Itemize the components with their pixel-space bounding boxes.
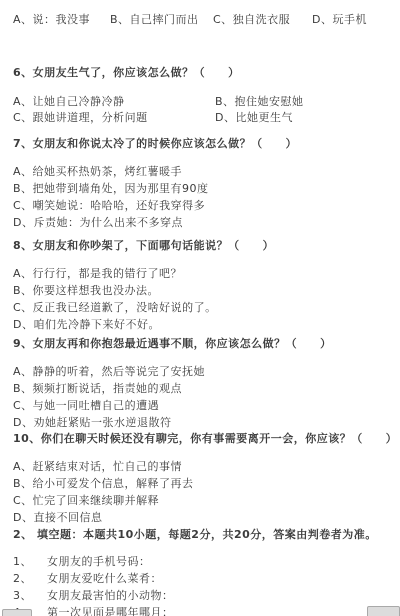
fill-item-2: 2、女朋友爱吃什么菜肴： (13, 570, 174, 587)
question-7-option-b: B、把她带到墙角处，因为那里有90度 (13, 180, 297, 197)
question-10-option-b: B、给小可爱发个信息，解释了再去 (13, 475, 397, 492)
question-9-options: A、静静的听着，然后等说完了安抚她 B、频频打断说话，指责她的观点 C、与她一同… (13, 363, 332, 431)
fill-section-items: 1、女朋友的手机号码： 2、女朋友爱吃什么菜肴： 3、女朋友最害怕的小动物： 4… (13, 553, 174, 616)
question-7-title: 7、女朋友和你说太冷了的时候你应该怎么做？（ ） (13, 135, 297, 151)
fill-item-4: 4、第一次见面是哪年哪月： (13, 604, 174, 616)
question-10-option-c: C、忙完了回来继续聊并解释 (13, 492, 397, 509)
question-6-option-a: A、让她自己冷静冷静 (13, 93, 215, 109)
question-9: 9、女朋友再和你抱怨最近遇事不顺，你应该怎么做？（ ） A、静静的听着，然后等说… (13, 335, 332, 431)
question-9-title: 9、女朋友再和你抱怨最近遇事不顺，你应该怎么做？（ ） (13, 335, 332, 351)
fill-item-3-text: 女朋友最害怕的小动物： (47, 589, 174, 602)
orphan-options-row: A、说：我没事 B、自己摔门而出 C、独自洗衣服 D、玩手机 (13, 11, 393, 27)
question-8: 8、女朋友和你吵架了，下面哪句话能说？（ ） A、行行行，都是我的错行了吧？ B… (13, 237, 274, 333)
question-9-option-c: C、与她一同吐槽自己的遭遇 (13, 397, 332, 414)
question-10: 10、你们在聊天时候还没有聊完，你有事需要离开一会，你应该？（ ） A、赶紧结束… (13, 430, 397, 526)
question-6-option-d: D、比她更生气 (215, 109, 304, 125)
fill-item-2-text: 女朋友爱吃什么菜肴： (47, 572, 162, 585)
question-7-option-c: C、嘲笑她说：哈哈哈，还好我穿得多 (13, 197, 297, 214)
question-7-options: A、给她买杯热奶茶，烤红薯暖手 B、把她带到墙角处，因为那里有90度 C、嘲笑她… (13, 163, 297, 231)
question-8-option-b: B、你要这样想我也没办法。 (13, 282, 274, 299)
question-6-title: 6、女朋友生气了，你应该怎么做？（ ） (13, 64, 304, 80)
fill-item-1: 1、女朋友的手机号码： (13, 553, 174, 570)
question-6-option-b: B、抱住她安慰她 (215, 93, 304, 109)
fill-item-3-number: 3、 (13, 587, 47, 604)
question-9-option-a: A、静静的听着，然后等说完了安抚她 (13, 363, 332, 380)
fill-section-header: 2、 填空题：本题共10小题，每题2分，共20分，答案由判卷者为准。 (13, 526, 377, 542)
question-7-option-a: A、给她买杯热奶茶，烤红薯暖手 (13, 163, 297, 180)
question-7: 7、女朋友和你说太冷了的时候你应该怎么做？（ ） A、给她买杯热奶茶，烤红薯暖手… (13, 135, 297, 231)
fill-item-3: 3、女朋友最害怕的小动物： (13, 587, 174, 604)
question-8-title: 8、女朋友和你吵架了，下面哪句话能说？（ ） (13, 237, 274, 253)
question-6: 6、女朋友生气了，你应该怎么做？（ ） A、让她自己冷静冷静 B、抱住她安慰她 … (13, 64, 304, 125)
question-8-option-c: C、反正我已经道歉了，没啥好说的了。 (13, 299, 274, 316)
question-8-options: A、行行行，都是我的错行了吧？ B、你要这样想我也没办法。 C、反正我已经道歉了… (13, 265, 274, 333)
question-8-option-a: A、行行行，都是我的错行了吧？ (13, 265, 274, 282)
question-6-options: A、让她自己冷静冷静 B、抱住她安慰她 C、跟她讲道理，分析问题 D、比她更生气 (13, 93, 304, 125)
question-8-option-d: D、咱们先冷静下来好不好。 (13, 316, 274, 333)
question-9-option-d: D、劝她赶紧贴一张水逆退散符 (13, 414, 332, 431)
question-10-option-d: D、直接不回信息 (13, 509, 397, 526)
question-10-option-a: A、赶紧结束对话，忙自己的事情 (13, 458, 397, 475)
orphan-option-b: B、自己摔门而出 (110, 11, 213, 27)
orphan-option-c: C、独自洗衣服 (213, 11, 312, 27)
quiz-document-page: A、说：我没事 B、自己摔门而出 C、独自洗衣服 D、玩手机 6、女朋友生气了，… (0, 0, 400, 616)
fill-item-4-text: 第一次见面是哪年哪月： (47, 606, 174, 616)
fill-item-2-number: 2、 (13, 570, 47, 587)
question-9-option-b: B、频频打断说话，指责她的观点 (13, 380, 332, 397)
orphan-option-d: D、玩手机 (312, 11, 367, 27)
fill-item-1-number: 1、 (13, 553, 47, 570)
question-7-option-d: D、斥责她：为什么出来不多穿点 (13, 214, 297, 231)
orphan-option-a: A、说：我没事 (13, 11, 110, 27)
question-6-option-c: C、跟她讲道理，分析问题 (13, 109, 215, 125)
resize-handle-left[interactable] (2, 609, 32, 616)
question-10-options: A、赶紧结束对话，忙自己的事情 B、给小可爱发个信息，解释了再去 C、忙完了回来… (13, 458, 397, 526)
resize-handle-right[interactable] (367, 606, 400, 616)
fill-item-1-text: 女朋友的手机号码： (47, 555, 151, 568)
question-10-title: 10、你们在聊天时候还没有聊完，你有事需要离开一会，你应该？（ ） (13, 430, 397, 446)
